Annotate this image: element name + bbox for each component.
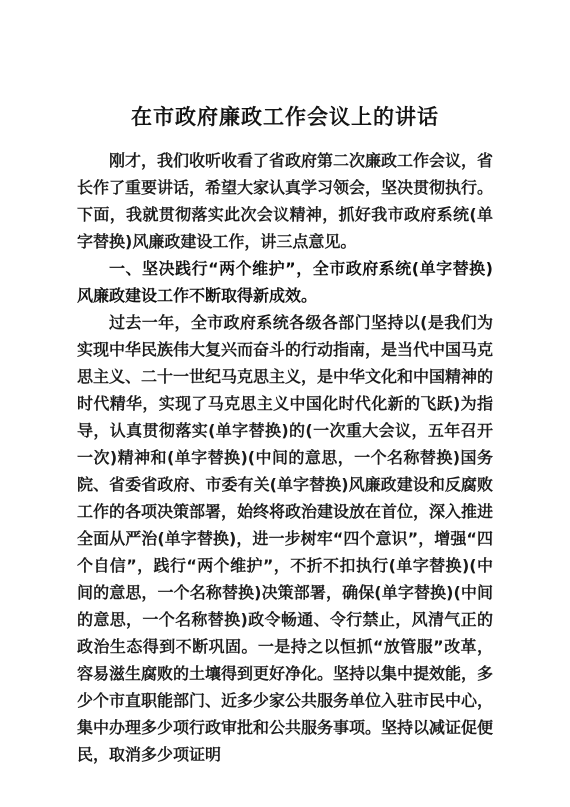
paragraph: 过去一年，全市政府系统各级各部门坚持以(是我们为实现中华民族伟大复兴而奋斗的行动…: [77, 309, 493, 768]
document-body: 刚才，我们收听收看了省政府第二次廉政工作会议，省长作了重要讲话，希望大家认真学习…: [77, 147, 493, 768]
document-page: 在市政府廉政工作会议上的讲话 刚才，我们收听收看了省政府第二次廉政工作会议，省长…: [0, 0, 570, 807]
paragraph: 刚才，我们收听收看了省政府第二次廉政工作会议，省长作了重要讲话，希望大家认真学习…: [77, 147, 493, 255]
section-heading: 一、坚决践行“两个维护”，全市政府系统(单字替换)风廉政建设工作不断取得新成效。: [77, 255, 493, 309]
document-title: 在市政府廉政工作会议上的讲话: [0, 0, 570, 134]
